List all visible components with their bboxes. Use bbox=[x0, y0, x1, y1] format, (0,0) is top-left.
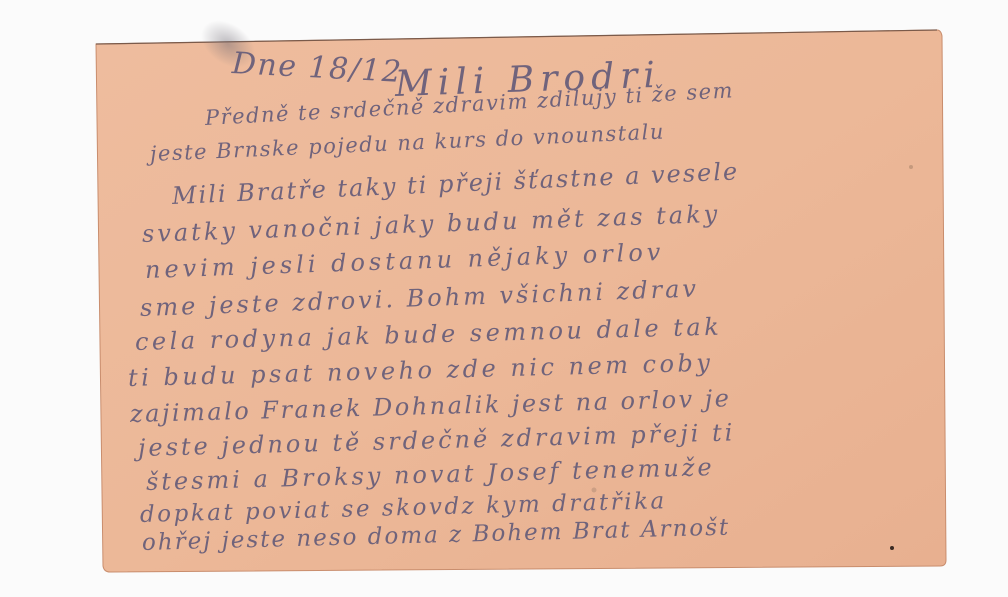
postcard: Dne 18/12 Mili Brodri Předně te srdečně … bbox=[0, 0, 1008, 597]
postcard-photo: Dne 18/12 Mili Brodri Předně te srdečně … bbox=[0, 0, 1008, 597]
